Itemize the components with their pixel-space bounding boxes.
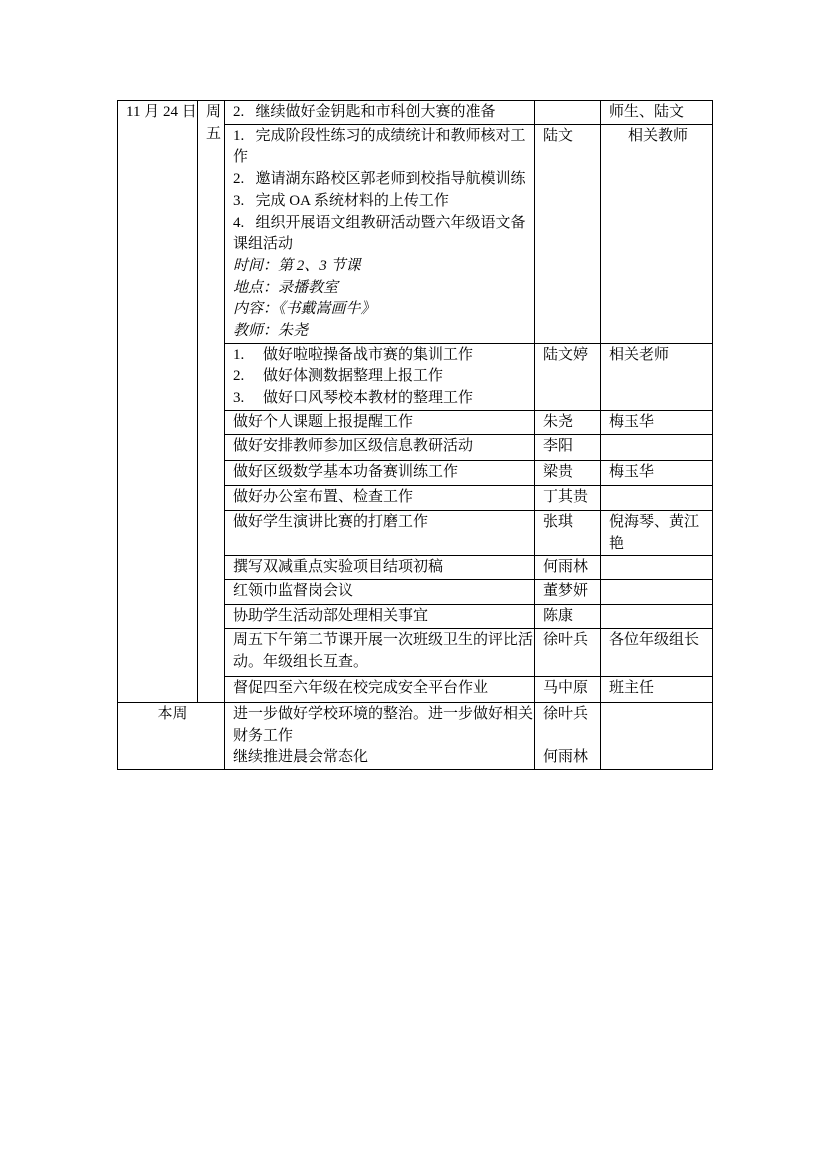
person-cell: 李阳 bbox=[535, 434, 601, 460]
text-line: 2. 邀请湖东路校区郭老师到校指导航模训练 bbox=[233, 169, 529, 191]
text-line: 相关老师 bbox=[609, 345, 707, 367]
text-line: 动。年级组长互查。 bbox=[233, 652, 529, 674]
related-person-cell: 倪海琴、黄江艳 bbox=[601, 510, 713, 555]
text-line: 师生、陆文 bbox=[609, 102, 707, 124]
person-name: 陆文 bbox=[543, 126, 595, 148]
person-name: 陆文婷 bbox=[543, 345, 595, 367]
document-page: 11 月 24 日 周五 2. 继续做好金钥匙和市科创大赛的准备 师生、陆文 1… bbox=[0, 0, 827, 1170]
text-line: 做好个人课题上报提醒工作 bbox=[233, 412, 529, 434]
text-line: 财务工作 bbox=[233, 726, 529, 748]
table-row: 11 月 24 日 周五 2. 继续做好金钥匙和市科创大赛的准备 师生、陆文 bbox=[118, 101, 713, 125]
person-cell: 张琪 bbox=[535, 510, 601, 555]
text-line: 各位年级组长 bbox=[609, 630, 707, 652]
person-cell: 何雨林 bbox=[535, 556, 601, 580]
text-line: 作 bbox=[233, 147, 529, 169]
person-cell: 董梦妍 bbox=[535, 579, 601, 604]
text-line: 3. 做好口风琴校本教材的整理工作 bbox=[233, 388, 529, 410]
related-person-cell: 相关老师 bbox=[601, 343, 713, 410]
task-content-cell: 撰写双减重点实验项目结项初稿 bbox=[225, 556, 535, 580]
task-content-cell: 1. 完成阶段性练习的成绩统计和教师核对工作2. 邀请湖东路校区郭老师到校指导航… bbox=[225, 124, 535, 343]
person-cell: 丁其贵 bbox=[535, 485, 601, 510]
text-line: 红领巾监督岗会议 bbox=[233, 581, 529, 603]
person-name: 丁其贵 bbox=[543, 487, 595, 509]
weekly-plan-table: 11 月 24 日 周五 2. 继续做好金钥匙和市科创大赛的准备 师生、陆文 1… bbox=[117, 100, 713, 770]
text-line: 梅玉华 bbox=[609, 412, 707, 434]
text-line: 1. 完成阶段性练习的成绩统计和教师核对工 bbox=[233, 126, 529, 148]
kaiti-text-line: 内容：《书戴嵩画牛》 bbox=[233, 299, 529, 321]
related-person-cell: 梅玉华 bbox=[601, 410, 713, 434]
person-name: 何雨林 bbox=[543, 557, 595, 579]
text-line: 做好区级数学基本功备赛训练工作 bbox=[233, 462, 529, 484]
task-content-cell: 做好安排教师参加区级信息教研活动 bbox=[225, 434, 535, 460]
person-cell bbox=[535, 101, 601, 125]
text-line: 艳 bbox=[609, 534, 707, 556]
person-cell: 陆文婷 bbox=[535, 343, 601, 410]
date-cell: 11 月 24 日 bbox=[118, 101, 198, 703]
weekday-cell: 周五 bbox=[198, 101, 225, 703]
kaiti-text-line: 时间：第 2、3 节课 bbox=[233, 256, 529, 278]
task-content-cell: 1. 做好啦啦操备战市赛的集训工作2. 做好体测数据整理上报工作3. 做好口风琴… bbox=[225, 343, 535, 410]
text-line: 2. 做好体测数据整理上报工作 bbox=[233, 366, 529, 388]
person-name: 董梦妍 bbox=[543, 581, 595, 603]
task-content-cell: 2. 继续做好金钥匙和市科创大赛的准备 bbox=[225, 101, 535, 125]
table-row: 本周 进一步做好学校环境的整治。进一步做好相关财务工作继续推进晨会常态化 徐叶兵… bbox=[118, 702, 713, 769]
related-person-cell bbox=[601, 434, 713, 460]
person-cell: 陆文 bbox=[535, 124, 601, 343]
person-cell: 徐叶兵 bbox=[535, 628, 601, 676]
related-person-cell: 各位年级组长 bbox=[601, 628, 713, 676]
text-line: 3. 完成 OA 系统材料的上传工作 bbox=[233, 191, 529, 213]
task-content-cell: 做好区级数学基本功备赛训练工作 bbox=[225, 460, 535, 485]
text-line: 徐叶兵 bbox=[543, 704, 595, 726]
text-line: 协助学生活动部处理相关事宜 bbox=[233, 606, 529, 628]
task-content-cell: 红领巾监督岗会议 bbox=[225, 579, 535, 604]
person-cell: 马中原 bbox=[535, 676, 601, 702]
person-name: 徐叶兵 bbox=[543, 630, 595, 652]
text-line: 做好学生演讲比赛的打磨工作 bbox=[233, 512, 529, 534]
person-cell: 朱尧 bbox=[535, 410, 601, 434]
related-person-cell: 班主任 bbox=[601, 676, 713, 702]
text-line: 做好办公室布置、检查工作 bbox=[233, 487, 529, 509]
text-line: 班主任 bbox=[609, 678, 707, 700]
text-line: 继续推进晨会常态化 bbox=[233, 747, 529, 769]
person-cell: 陈康 bbox=[535, 604, 601, 628]
related-person-cell bbox=[601, 485, 713, 510]
task-content-cell: 协助学生活动部处理相关事宜 bbox=[225, 604, 535, 628]
task-content-cell: 做好个人课题上报提醒工作 bbox=[225, 410, 535, 434]
task-content-cell: 督促四至六年级在校完成安全平台作业 bbox=[225, 676, 535, 702]
weekday-label: 周五 bbox=[206, 102, 219, 145]
text-line: 做好安排教师参加区级信息教研活动 bbox=[233, 436, 529, 458]
task-content-cell: 做好学生演讲比赛的打磨工作 bbox=[225, 510, 535, 555]
text-line: 梅玉华 bbox=[609, 462, 707, 484]
text-line: 进一步做好学校环境的整治。进一步做好相关 bbox=[233, 704, 529, 726]
person-name: 张琪 bbox=[543, 512, 595, 534]
person-name: 陈康 bbox=[543, 606, 595, 628]
text-line bbox=[543, 726, 595, 748]
text-line: 课组活动 bbox=[233, 234, 529, 256]
text-line: 1. 做好啦啦操备战市赛的集训工作 bbox=[233, 345, 529, 367]
text-line: 督促四至六年级在校完成安全平台作业 bbox=[233, 678, 529, 700]
related-person-cell bbox=[601, 604, 713, 628]
related-person-cell: 相关教师 bbox=[601, 124, 713, 343]
person-name: 李阳 bbox=[543, 436, 595, 458]
text-line: 周 bbox=[206, 102, 219, 124]
related-person-cell bbox=[601, 579, 713, 604]
week-summary-cell: 本周 bbox=[118, 702, 225, 769]
person-name: 马中原 bbox=[543, 678, 595, 700]
person-cell: 梁贵 bbox=[535, 460, 601, 485]
text-line: 撰写双减重点实验项目结项初稿 bbox=[233, 557, 529, 579]
person-cell: 徐叶兵 何雨林 bbox=[535, 702, 601, 769]
task-content-cell: 做好办公室布置、检查工作 bbox=[225, 485, 535, 510]
related-person-cell: 梅玉华 bbox=[601, 460, 713, 485]
person-name: 梁贵 bbox=[543, 462, 595, 484]
kaiti-text-line: 教师：朱尧 bbox=[233, 321, 529, 343]
task-content-cell: 进一步做好学校环境的整治。进一步做好相关财务工作继续推进晨会常态化 bbox=[225, 702, 535, 769]
kaiti-text-line: 地点：录播教室 bbox=[233, 278, 529, 300]
task-content-cell: 周五下午第二节课开展一次班级卫生的评比活动。年级组长互查。 bbox=[225, 628, 535, 676]
text-line: 2. 继续做好金钥匙和市科创大赛的准备 bbox=[233, 102, 529, 124]
related-person-cell bbox=[601, 556, 713, 580]
person-name: 朱尧 bbox=[543, 412, 595, 434]
text-line: 相关教师 bbox=[609, 126, 707, 148]
date-label: 11 月 24 日 bbox=[126, 102, 192, 124]
week-label: 本周 bbox=[126, 704, 219, 726]
text-line: 何雨林 bbox=[543, 747, 595, 769]
text-line: 4. 组织开展语文组教研活动暨六年级语文备 bbox=[233, 213, 529, 235]
related-person-cell bbox=[601, 702, 713, 769]
text-line: 倪海琴、黄江 bbox=[609, 512, 707, 534]
related-person-cell: 师生、陆文 bbox=[601, 101, 713, 125]
text-line: 五 bbox=[206, 124, 219, 146]
text-line: 周五下午第二节课开展一次班级卫生的评比活 bbox=[233, 630, 529, 652]
